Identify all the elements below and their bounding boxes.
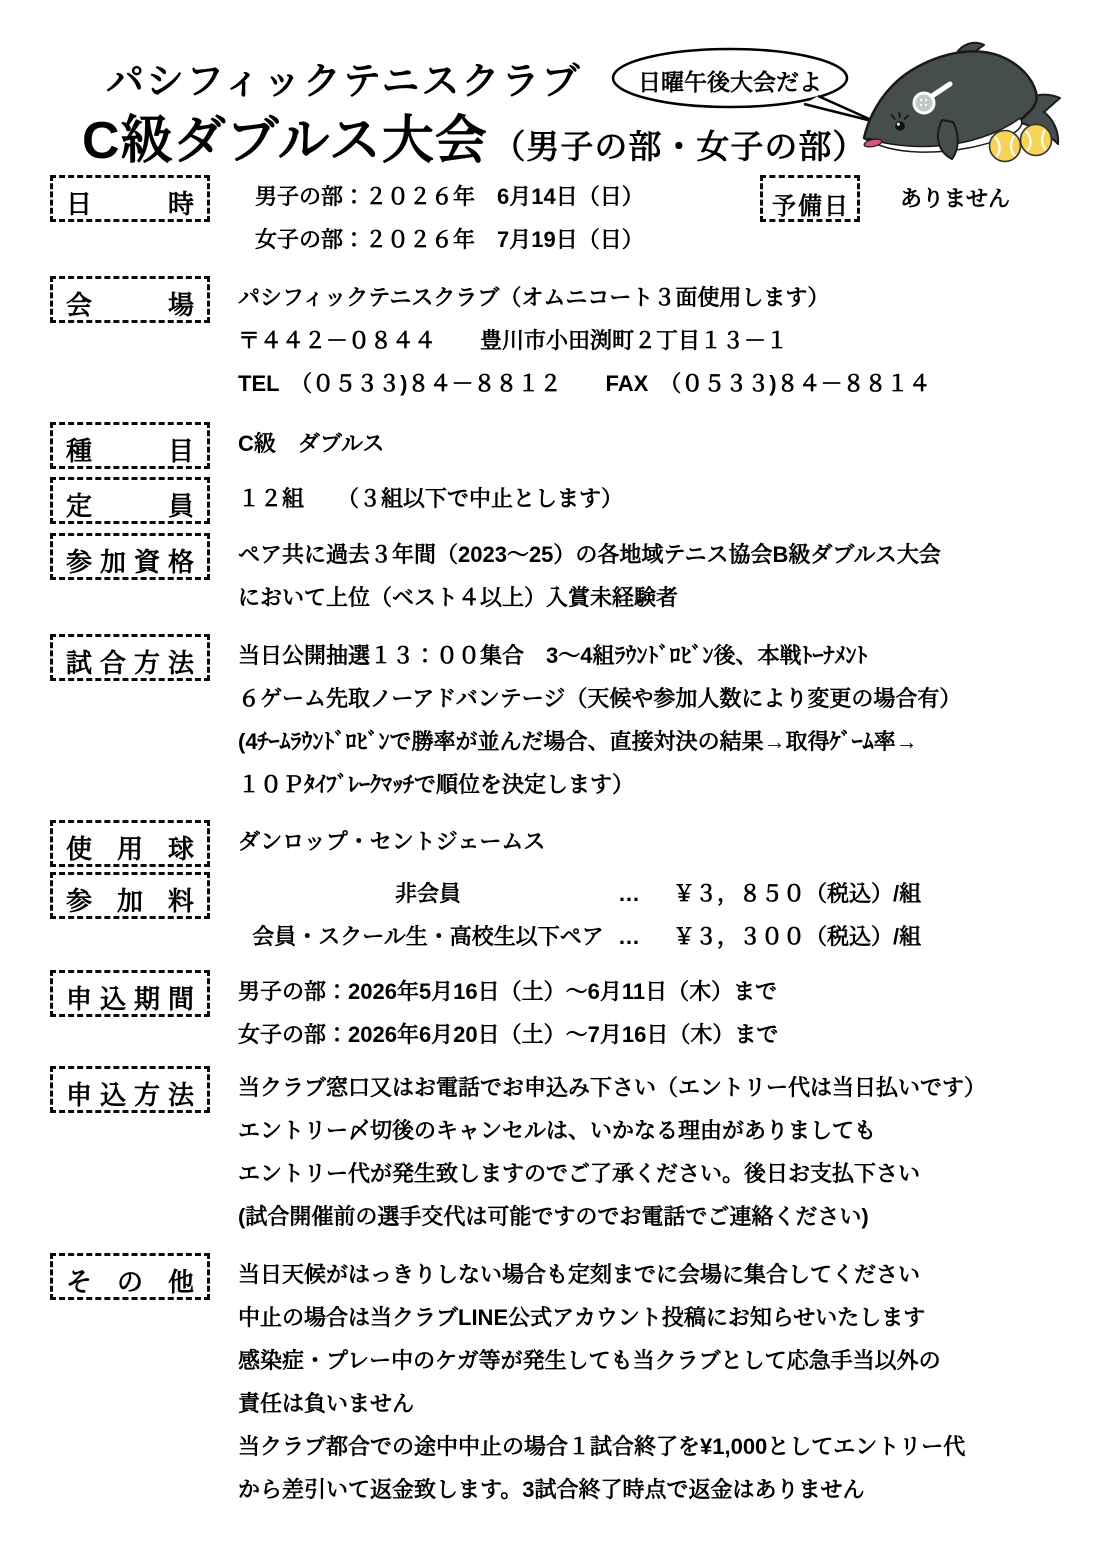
fee-dots: …	[618, 872, 673, 915]
section-balls: 使用球 ダンロップ・セントジェームス	[50, 820, 1060, 867]
text-line: (試合開催前の選手交代は可能ですのでお電話でご連絡ください)	[238, 1195, 1060, 1238]
section-entry-fee: 参加料 非会員 … ￥３，８５０（税込）/組 会員・スクール生・高校生以下ペア …	[50, 872, 1060, 958]
speech-bubble: 日曜午後大会だよ	[608, 44, 882, 132]
section-body-capacity: １２組 （３組以下で中止とします）	[238, 477, 1060, 520]
section-label-match-format: 試合方法	[50, 634, 210, 681]
text-line: 女子の部：２０２６年 7月19日（日）	[255, 218, 1060, 261]
text-line: ６ゲーム先取ノーアドバンテージ（天候や参加人数により変更の場合有）	[238, 677, 1060, 720]
section-body-application-method: 当クラブ窓口又はお電話でお申込み下さい（エントリー代は当日払いです） エントリー…	[238, 1066, 1060, 1238]
section-body-eligibility: ペア共に過去３年間（2023～25）の各地域テニス協会B級ダブルス大会 において…	[238, 533, 1060, 619]
section-label-capacity: 定員	[50, 477, 210, 524]
section-other-notes: その他 当日天候がはっきりしない場合も定刻までに会場に集合してください 中止の場…	[50, 1253, 1060, 1511]
speech-bubble-text: 日曜午後大会だよ	[622, 64, 838, 97]
fee-category: 非会員	[238, 872, 618, 915]
dolphin-mascot-illustration	[862, 40, 1068, 174]
text-line: 中止の場合は当クラブLINE公式アカウント投稿にお知らせいたします	[238, 1296, 1060, 1339]
section-label-entry-fee: 参加料	[50, 872, 210, 919]
text-line: パシフィックテニスクラブ（オムニコート３面使用します）	[238, 276, 1060, 319]
section-date-time: 日時 男子の部：２０２６年 6月14日（日） 女子の部：２０２６年 7月19日（…	[50, 175, 1060, 261]
fee-price: ￥３，８５０（税込）/組	[673, 872, 921, 915]
tournament-title-sub: （男子の部・女子の部）	[492, 128, 866, 165]
section-body-venue: パシフィックテニスクラブ（オムニコート３面使用します） 〒４４２－０８４４ 豊川…	[238, 276, 1060, 405]
text-line: ダンロップ・セントジェームス	[238, 820, 1060, 863]
text-line: (4ﾁｰﾑﾗｳﾝﾄﾞﾛﾋﾞﾝで勝率が並んだ場合、直接対決の結果→取得ｹﾞｰﾑ率→	[238, 720, 1060, 763]
section-label-eligibility: 参加資格	[50, 533, 210, 580]
section-label-other-notes: その他	[50, 1253, 210, 1300]
text-line: から差引いて返金致します。3試合終了時点で返金はありません	[238, 1468, 1060, 1511]
tournament-title-main: C級ダブルス大会	[82, 112, 488, 170]
section-capacity: 定員 １２組 （３組以下で中止とします）	[50, 477, 1060, 524]
section-venue: 会場 パシフィックテニスクラブ（オムニコート３面使用します） 〒４４２－０８４４…	[50, 276, 1060, 405]
flyer-body: 日時 男子の部：２０２６年 6月14日（日） 女子の部：２０２６年 7月19日（…	[50, 175, 1060, 1511]
fee-row: 非会員 … ￥３，８５０（税込）/組	[238, 872, 1060, 915]
text-line: １２組 （３組以下で中止とします）	[238, 477, 1060, 520]
section-label-balls: 使用球	[50, 820, 210, 867]
section-match-format: 試合方法 当日公開抽選１３：００集合 3～4組ﾗｳﾝﾄﾞﾛﾋﾞﾝ後、本戦ﾄｰﾅﾒ…	[50, 634, 1060, 806]
text-line: エントリー〆切後のキャンセルは、いかなる理由がありましても	[238, 1109, 1060, 1152]
section-application-period: 申込期間 男子の部：2026年5月16日（土）～6月11日（木）まで 女子の部：…	[50, 970, 1060, 1056]
fee-price: ￥３，３００（税込）/組	[673, 915, 921, 958]
text-line: 責任は負いません	[238, 1382, 1060, 1425]
section-event-type: 種目 C級 ダブルス	[50, 422, 1060, 469]
section-body-other-notes: 当日天候がはっきりしない場合も定刻までに会場に集合してください 中止の場合は当ク…	[238, 1253, 1060, 1511]
section-body-balls: ダンロップ・セントジェームス	[238, 820, 1060, 863]
reserve-day-label-box: 予備日	[760, 175, 860, 222]
text-line: エントリー代が発生致しますのでご了承ください。後日お支払下さい	[238, 1152, 1060, 1195]
section-body-application-period: 男子の部：2026年5月16日（土）～6月11日（木）まで 女子の部：2026年…	[238, 970, 1060, 1056]
section-label-application-method: 申込方法	[50, 1066, 210, 1113]
text-line: ペア共に過去３年間（2023～25）の各地域テニス協会B級ダブルス大会	[238, 533, 1060, 576]
section-label-event-type: 種目	[50, 422, 210, 469]
section-eligibility: 参加資格 ペア共に過去３年間（2023～25）の各地域テニス協会B級ダブルス大会…	[50, 533, 1060, 619]
reserve-day-value: ありません	[900, 175, 1010, 222]
fee-dots: …	[618, 915, 673, 958]
text-line: 当日公開抽選１３：００集合 3～4組ﾗｳﾝﾄﾞﾛﾋﾞﾝ後、本戦ﾄｰﾅﾒﾝﾄ	[238, 634, 1060, 677]
text-line: １０Ｐﾀｲﾌﾞﾚｰｸﾏｯﾁで順位を決定します）	[238, 763, 1060, 806]
section-label-venue: 会場	[50, 276, 210, 323]
section-label-application-period: 申込期間	[50, 970, 210, 1017]
section-application-method: 申込方法 当クラブ窓口又はお電話でお申込み下さい（エントリー代は当日払いです） …	[50, 1066, 1060, 1238]
text-line: 女子の部：2026年6月20日（土）～7月16日（木）まで	[238, 1013, 1060, 1056]
text-line: TEL （０５３３)８４－８８１２ FAX （０５３３)８４－８８１４	[238, 362, 1060, 405]
fee-row: 会員・スクール生・高校生以下ペア … ￥３，３００（税込）/組	[238, 915, 1060, 958]
club-name-title: パシフィックテニスクラブ	[106, 50, 581, 105]
section-body-entry-fee: 非会員 … ￥３，８５０（税込）/組 会員・スクール生・高校生以下ペア … ￥３…	[238, 872, 1060, 958]
fee-category: 会員・スクール生・高校生以下ペア	[238, 915, 618, 958]
text-line: C級 ダブルス	[238, 422, 1060, 465]
section-body-event-type: C級 ダブルス	[238, 422, 1060, 465]
text-line: 男子の部：2026年5月16日（土）～6月11日（木）まで	[238, 970, 1060, 1013]
section-body-match-format: 当日公開抽選１３：００集合 3～4組ﾗｳﾝﾄﾞﾛﾋﾞﾝ後、本戦ﾄｰﾅﾒﾝﾄ ６ゲ…	[238, 634, 1060, 806]
section-label-date-time: 日時	[50, 175, 210, 222]
text-line: 感染症・プレー中のケガ等が発生しても当クラブとして応急手当以外の	[238, 1339, 1060, 1382]
text-line: 当クラブ窓口又はお電話でお申込み下さい（エントリー代は当日払いです）	[238, 1066, 1060, 1109]
text-line: 当クラブ都合での途中中止の場合１試合終了を¥1,000としてエントリー代	[238, 1425, 1060, 1468]
text-line: 当日天候がはっきりしない場合も定刻までに会場に集合してください	[238, 1253, 1060, 1296]
text-line: において上位（ベスト４以上）入賞未経験者	[238, 576, 1060, 619]
tournament-flyer: パシフィックテニスクラブ C級ダブルス大会 （男子の部・女子の部） 日曜午後大会…	[0, 0, 1100, 1560]
dolphin-icon	[862, 40, 1068, 174]
text-line: 〒４４２－０８４４ 豊川市小田渕町２丁目１３－１	[238, 319, 1060, 362]
